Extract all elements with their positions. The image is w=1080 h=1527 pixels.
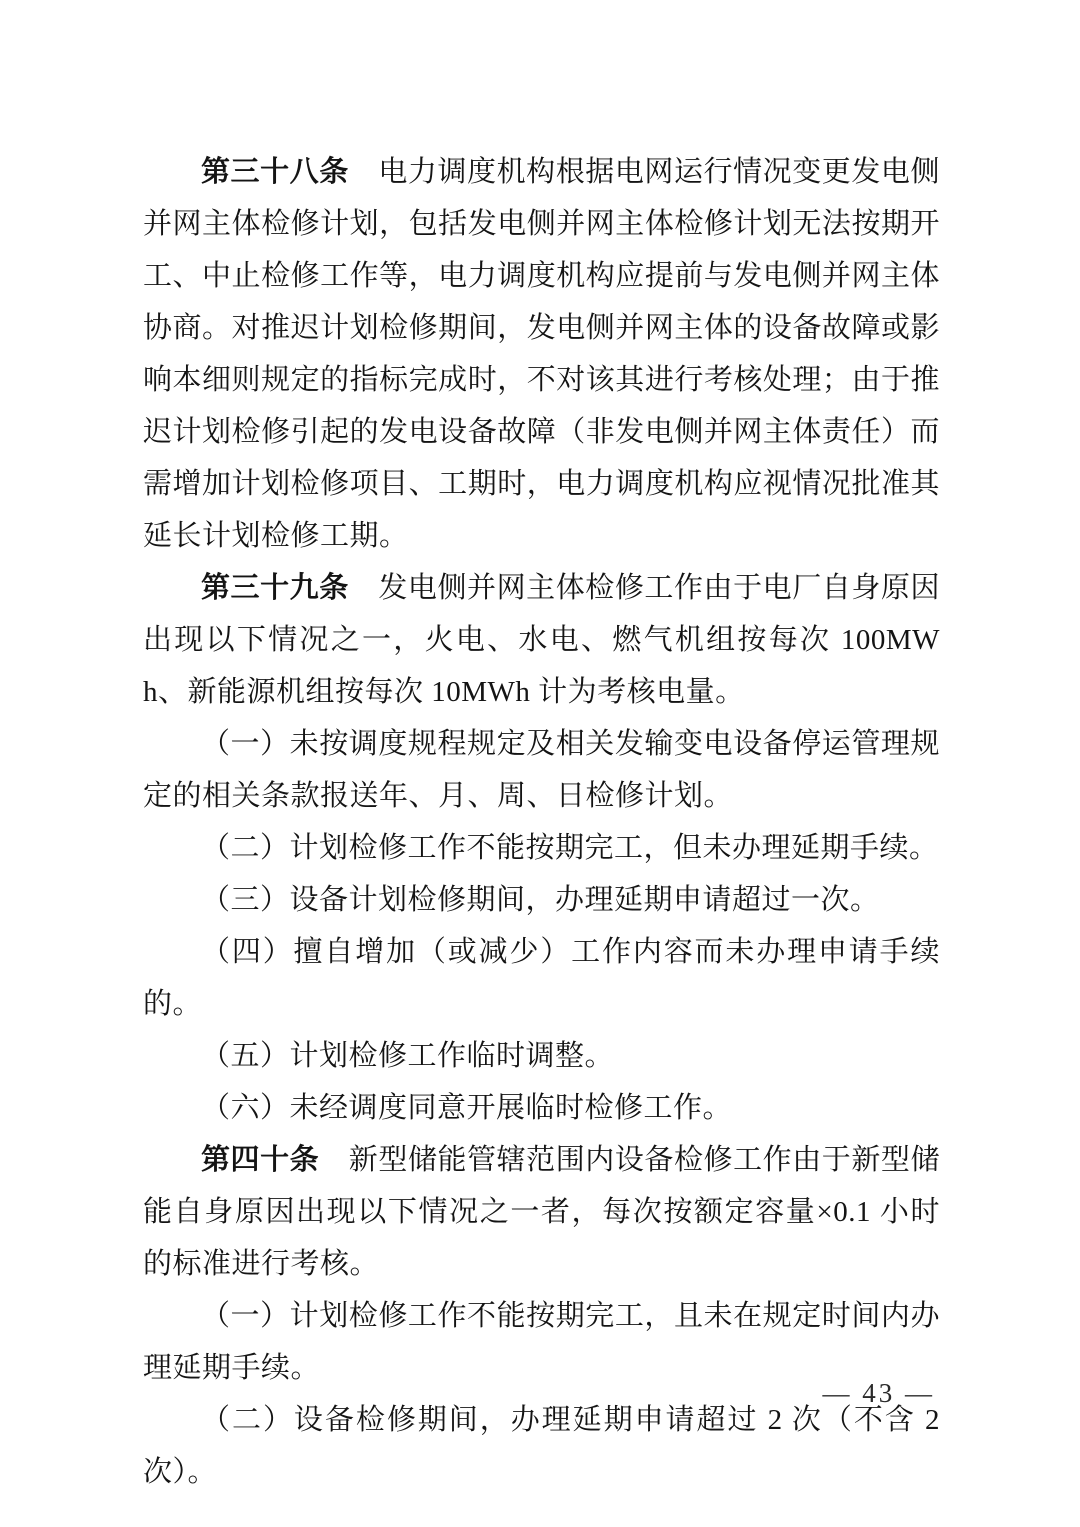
article-39-item-2-text: （二）计划检修工作不能按期完工，但未办理延期手续。 <box>201 832 939 864</box>
paragraph-article-40-item-1: （一）计划检修工作不能按期完工，且未在规定时间内办理延期手续。 <box>143 1290 940 1394</box>
page-number: — 43 — <box>823 1376 936 1410</box>
paragraph-article-39-item-2: （二）计划检修工作不能按期完工，但未办理延期手续。 <box>143 822 940 874</box>
paragraph-article-39: 第三十九条 发电侧并网主体检修工作由于电厂自身原因出现以下情况之一，火电、水电、… <box>143 562 940 718</box>
document-body: 第三十八条 电力调度机构根据电网运行情况变更发电侧并网主体检修计划，包括发电侧并… <box>143 146 940 1498</box>
article-39-item-3-text: （三）设备计划检修期间，办理延期申请超过一次。 <box>201 884 880 916</box>
document-page: 第三十八条 电力调度机构根据电网运行情况变更发电侧并网主体检修计划，包括发电侧并… <box>0 0 1080 1527</box>
article-38-number: 第三十八条 <box>201 156 349 188</box>
article-40-item-2-text: （二）设备检修期间，办理延期申请超过 2 次（不含 2 次）。 <box>143 1404 940 1488</box>
article-39-item-1-text: （一）未按调度规程规定及相关发输变电设备停运管理规定的相关条款报送年、月、周、日… <box>143 728 940 812</box>
paragraph-article-39-item-4: （四）擅自增加（或减少）工作内容而未办理申请手续的。 <box>143 926 940 1030</box>
paragraph-article-40-item-2: （二）设备检修期间，办理延期申请超过 2 次（不含 2 次）。 <box>143 1394 940 1498</box>
article-39-item-6-text: （六）未经调度同意开展临时检修工作。 <box>201 1092 732 1124</box>
paragraph-article-39-item-3: （三）设备计划检修期间，办理延期申请超过一次。 <box>143 874 940 926</box>
article-39-item-4-text: （四）擅自增加（或减少）工作内容而未办理申请手续的。 <box>143 936 940 1020</box>
paragraph-article-38: 第三十八条 电力调度机构根据电网运行情况变更发电侧并网主体检修计划，包括发电侧并… <box>143 146 940 562</box>
article-40-item-1-text: （一）计划检修工作不能按期完工，且未在规定时间内办理延期手续。 <box>143 1300 940 1384</box>
article-39-number: 第三十九条 <box>201 572 349 604</box>
paragraph-article-39-item-6: （六）未经调度同意开展临时检修工作。 <box>143 1082 940 1134</box>
paragraph-article-40: 第四十条 新型储能管辖范围内设备检修工作由于新型储能自身原因出现以下情况之一者，… <box>143 1134 940 1290</box>
article-40-number: 第四十条 <box>201 1144 319 1176</box>
article-39-item-5-text: （五）计划检修工作临时调整。 <box>201 1040 614 1072</box>
paragraph-article-39-item-1: （一）未按调度规程规定及相关发输变电设备停运管理规定的相关条款报送年、月、周、日… <box>143 718 940 822</box>
paragraph-article-39-item-5: （五）计划检修工作临时调整。 <box>143 1030 940 1082</box>
article-38-text: 电力调度机构根据电网运行情况变更发电侧并网主体检修计划，包括发电侧并网主体检修计… <box>143 156 940 552</box>
